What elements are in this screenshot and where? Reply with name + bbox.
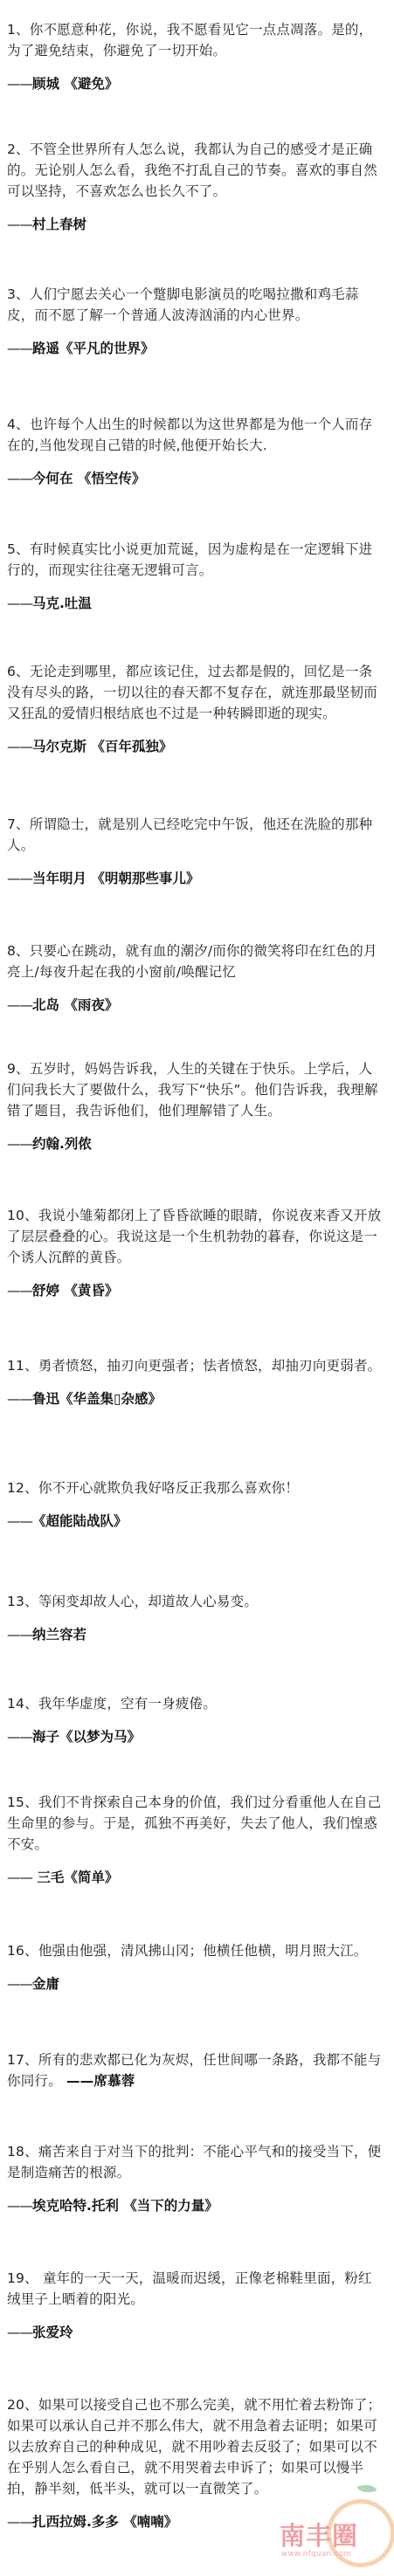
watermark-url: www.nfquan.com	[281, 2550, 351, 2559]
quote-item-15: 15、我们不肯探索自己本身的价值，我们过分看重他人在自己生命里的参与。于是，孤独…	[7, 1792, 383, 1888]
quote-text: 19、 童年的一天一天，温暖而迟缓，正像老棉鞋里面，粉红绒里子上晒着的阳光。	[7, 2268, 383, 2310]
quote-item-7: 7、所谓隐士，就是别人已经吃完中午饭，他还在洗脸的那种人。 ——当年明月 《明朝…	[7, 814, 383, 889]
dash: ——	[7, 471, 32, 486]
dash: ——	[66, 2073, 93, 2089]
author-name: 村上春树	[32, 217, 86, 232]
dash: ——	[7, 2325, 32, 2340]
quote-item-3: 3、人们宁愿去关心一个蹩脚电影演员的吃喝拉撒和鸡毛蒜皮，而不愿了解一个普通人波涛…	[7, 284, 383, 359]
dash: ——	[7, 341, 32, 356]
quote-item-10: 10、我说小雏菊都闭上了昏昏欲睡的眼睛，你说夜来香又开放了层层叠叠的心。我说这是…	[7, 1205, 383, 1301]
quote-text: 14、我年华虚度，空有一身疲倦。	[7, 1693, 383, 1714]
quote-author: ——张爱玲	[7, 2322, 383, 2343]
quote-item-8: 8、只要心在跳动，就有血的潮汐/而你的微笑将印在红色的月亮上/每夜升起在我的小窗…	[7, 940, 383, 1016]
quote-author: ——马克.吐温	[7, 593, 383, 614]
quote-text: 18、痛苦来自于对当下的批判：不能心平气和的接受当下，便是制造痛苦的根源。	[7, 2141, 383, 2183]
quote-author: ——北岛 《雨夜》	[7, 995, 383, 1016]
author-name: 顾城 《避免》	[32, 76, 118, 92]
quote-text: 2、不管全世界所有人怎么说，我都认为自己的感受才是正确的。无论别人怎么看，我绝不…	[7, 139, 383, 202]
quote-item-2: 2、不管全世界所有人怎么说，我都认为自己的感受才是正确的。无论别人怎么看，我绝不…	[7, 139, 383, 235]
quote-author: ——金庸	[7, 1973, 383, 1994]
author-name: 三毛《简单》	[37, 1870, 118, 1885]
quote-text: 16、他强由他强，清风拂山冈；他横任他横，明月照大江。	[7, 1940, 383, 1961]
author-name: 当年明月 《明朝那些事儿》	[32, 871, 199, 886]
quote-item-13: 13、等闲变却故人心，却道故人心易变。 ——纳兰容若	[7, 1591, 383, 1645]
quote-text: 15、我们不肯探索自己本身的价值，我们过分看重他人在自己生命里的参与。于是，孤独…	[7, 1792, 383, 1855]
author-name: 约翰.列侬	[32, 1136, 92, 1152]
dash: ——	[7, 1283, 32, 1298]
quote-body: 17、所有的悲欢都已化为灰烬，任世间哪一条路，我都不能与你同行。	[7, 2052, 381, 2089]
quote-author: ——马尔克斯 《百年孤独》	[7, 736, 383, 757]
author-name: 纳兰容若	[32, 1627, 86, 1643]
quote-item-1: 1、你不愿意种花，你说，我不愿看见它一点点凋落。是的，为了避免结束，你避免了一切…	[7, 19, 383, 94]
quote-text: 13、等闲变却故人心，却道故人心易变。	[7, 1591, 383, 1612]
dash: ——	[7, 76, 32, 92]
quote-item-19: 19、 童年的一天一天，温暖而迟缓，正像老棉鞋里面，粉红绒里子上晒着的阳光。 —…	[7, 2268, 383, 2343]
quote-item-12: 12、你不开心就欺负我好咯反正我那么喜欢你！ ——《超能陆战队》	[7, 1477, 383, 1532]
quote-item-16: 16、他强由他强，清风拂山冈；他横任他横，明月照大江。 ——金庸	[7, 1940, 383, 1994]
dash: ——	[7, 1870, 32, 1885]
quote-item-6: 6、无论走到哪里，都应该记住，过去都是假的，回忆是一条没有尽头的路，一切以往的春…	[7, 661, 383, 757]
dash: ——	[7, 1627, 32, 1643]
author-name: 海子《以梦为马》	[32, 1729, 141, 1745]
quote-text: 4、也许每个人出生的时候都以为这世界都是为他一个人而存在的,当他发现自己错的时候…	[7, 414, 383, 456]
author-name: 马克.吐温	[32, 596, 92, 611]
dash: ——	[7, 1136, 32, 1152]
quote-item-5: 5、有时候真实比小说更加荒诞，因为虚构是在一定逻辑下进行的，而现实往往毫无逻辑可…	[7, 539, 383, 614]
author-name: 舒婷 《黄昏》	[32, 1283, 118, 1298]
watermark-name: 南丰圈	[280, 2517, 358, 2552]
quote-author: ——海子《以梦为马》	[7, 1726, 383, 1747]
author-name: 《超能陆战队》	[32, 1513, 128, 1529]
quote-item-18: 18、痛苦来自于对当下的批判：不能心平气和的接受当下，便是制造痛苦的根源。 ——…	[7, 2141, 383, 2216]
author-name: 席慕蓉	[93, 2073, 135, 2089]
quote-text: 11、勇者愤怒，抽刃向更强者；怯者愤怒，却抽刃向更弱者。	[7, 1355, 383, 1376]
author-name: 北岛 《雨夜》	[32, 997, 118, 1013]
dash: ——	[7, 596, 32, 611]
quote-text: 9、五岁时，妈妈告诉我，人生的关键在于快乐。上学后，人们问我长大了要做什么，我写…	[7, 1058, 383, 1121]
quote-author: ——路遥《平凡的世界》	[7, 338, 383, 359]
dash: ——	[7, 739, 32, 754]
quote-author: ——村上春树	[7, 214, 383, 235]
quote-item-14: 14、我年华虚度，空有一身疲倦。 ——海子《以梦为马》	[7, 1693, 383, 1747]
quote-author: ——当年明月 《明朝那些事儿》	[7, 868, 383, 889]
author-name: 马尔克斯 《百年孤独》	[32, 739, 172, 754]
quote-text: 3、人们宁愿去关心一个蹩脚电影演员的吃喝拉撒和鸡毛蒜皮，而不愿了解一个普通人波涛…	[7, 284, 383, 326]
quote-author: —— 三毛《简单》	[7, 1867, 383, 1888]
watermark-logo: 南丰圈 www.nfquan.com	[278, 2480, 391, 2574]
quote-author: ——席慕蓉	[66, 2073, 135, 2089]
quote-text: 8、只要心在跳动，就有血的潮汐/而你的微笑将印在红色的月亮上/每夜升起在我的小窗…	[7, 940, 383, 982]
dash: ——	[7, 1729, 32, 1745]
quote-text: 12、你不开心就欺负我好咯反正我那么喜欢你！	[7, 1477, 383, 1498]
author-name: 鲁迅《华盖集▯杂感》	[32, 1391, 162, 1407]
quote-author: ——《超能陆战队》	[7, 1511, 383, 1532]
quote-author: ——约翰.列侬	[7, 1133, 383, 1154]
dash: ——	[7, 997, 32, 1013]
quote-item-11: 11、勇者愤怒，抽刃向更强者；怯者愤怒，却抽刃向更弱者。 ——鲁迅《华盖集▯杂感…	[7, 1355, 383, 1409]
quote-text: 5、有时候真实比小说更加荒诞，因为虚构是在一定逻辑下进行的，而现实往往毫无逻辑可…	[7, 539, 383, 581]
quote-text: 7、所谓隐士，就是别人已经吃完中午饭，他还在洗脸的那种人。	[7, 814, 383, 856]
quote-item-17: 17、所有的悲欢都已化为灰烬，任世间哪一条路，我都不能与你同行。 ——席慕蓉	[7, 2049, 383, 2091]
dash: ——	[7, 2198, 32, 2214]
author-name: 扎西拉姆.多多 《喃喃》	[32, 2514, 177, 2530]
author-name: 路遥《平凡的世界》	[32, 341, 155, 356]
quote-text: 1、你不愿意种花，你说，我不愿看见它一点点凋落。是的，为了避免结束，你避免了一切…	[7, 19, 383, 61]
author-name: 今何在 《悟空传》	[32, 471, 145, 486]
dash: ——	[7, 2514, 32, 2530]
author-name: 张爱玲	[32, 2325, 73, 2340]
dash: ——	[7, 217, 32, 232]
quote-item-9: 9、五岁时，妈妈告诉我，人生的关键在于快乐。上学后，人们问我长大了要做什么，我写…	[7, 1058, 383, 1154]
quote-author: ——舒婷 《黄昏》	[7, 1280, 383, 1301]
quote-text: 17、所有的悲欢都已化为灰烬，任世间哪一条路，我都不能与你同行。 ——席慕蓉	[7, 2049, 383, 2091]
dash: ——	[7, 1513, 32, 1529]
author-name: 埃克哈特.托利 《当下的力量》	[32, 2198, 218, 2214]
leaf-icon	[357, 2481, 377, 2497]
dash: ——	[7, 871, 32, 886]
dash: ——	[7, 1976, 32, 1992]
dash: ——	[7, 1391, 32, 1407]
quote-item-4: 4、也许每个人出生的时候都以为这世界都是为他一个人而存在的,当他发现自己错的时候…	[7, 414, 383, 489]
quote-author: ——埃克哈特.托利 《当下的力量》	[7, 2195, 383, 2216]
quote-text: 10、我说小雏菊都闭上了昏昏欲睡的眼睛，你说夜来香又开放了层层叠叠的心。我说这是…	[7, 1205, 383, 1268]
quote-text: 6、无论走到哪里，都应该记住，过去都是假的，回忆是一条没有尽头的路，一切以往的春…	[7, 661, 383, 724]
quote-author: ——纳兰容若	[7, 1624, 383, 1645]
quote-author: ——顾城 《避免》	[7, 73, 383, 94]
author-name: 金庸	[32, 1976, 59, 1992]
quote-author: ——今何在 《悟空传》	[7, 468, 383, 489]
quote-author: ——鲁迅《华盖集▯杂感》	[7, 1388, 383, 1409]
